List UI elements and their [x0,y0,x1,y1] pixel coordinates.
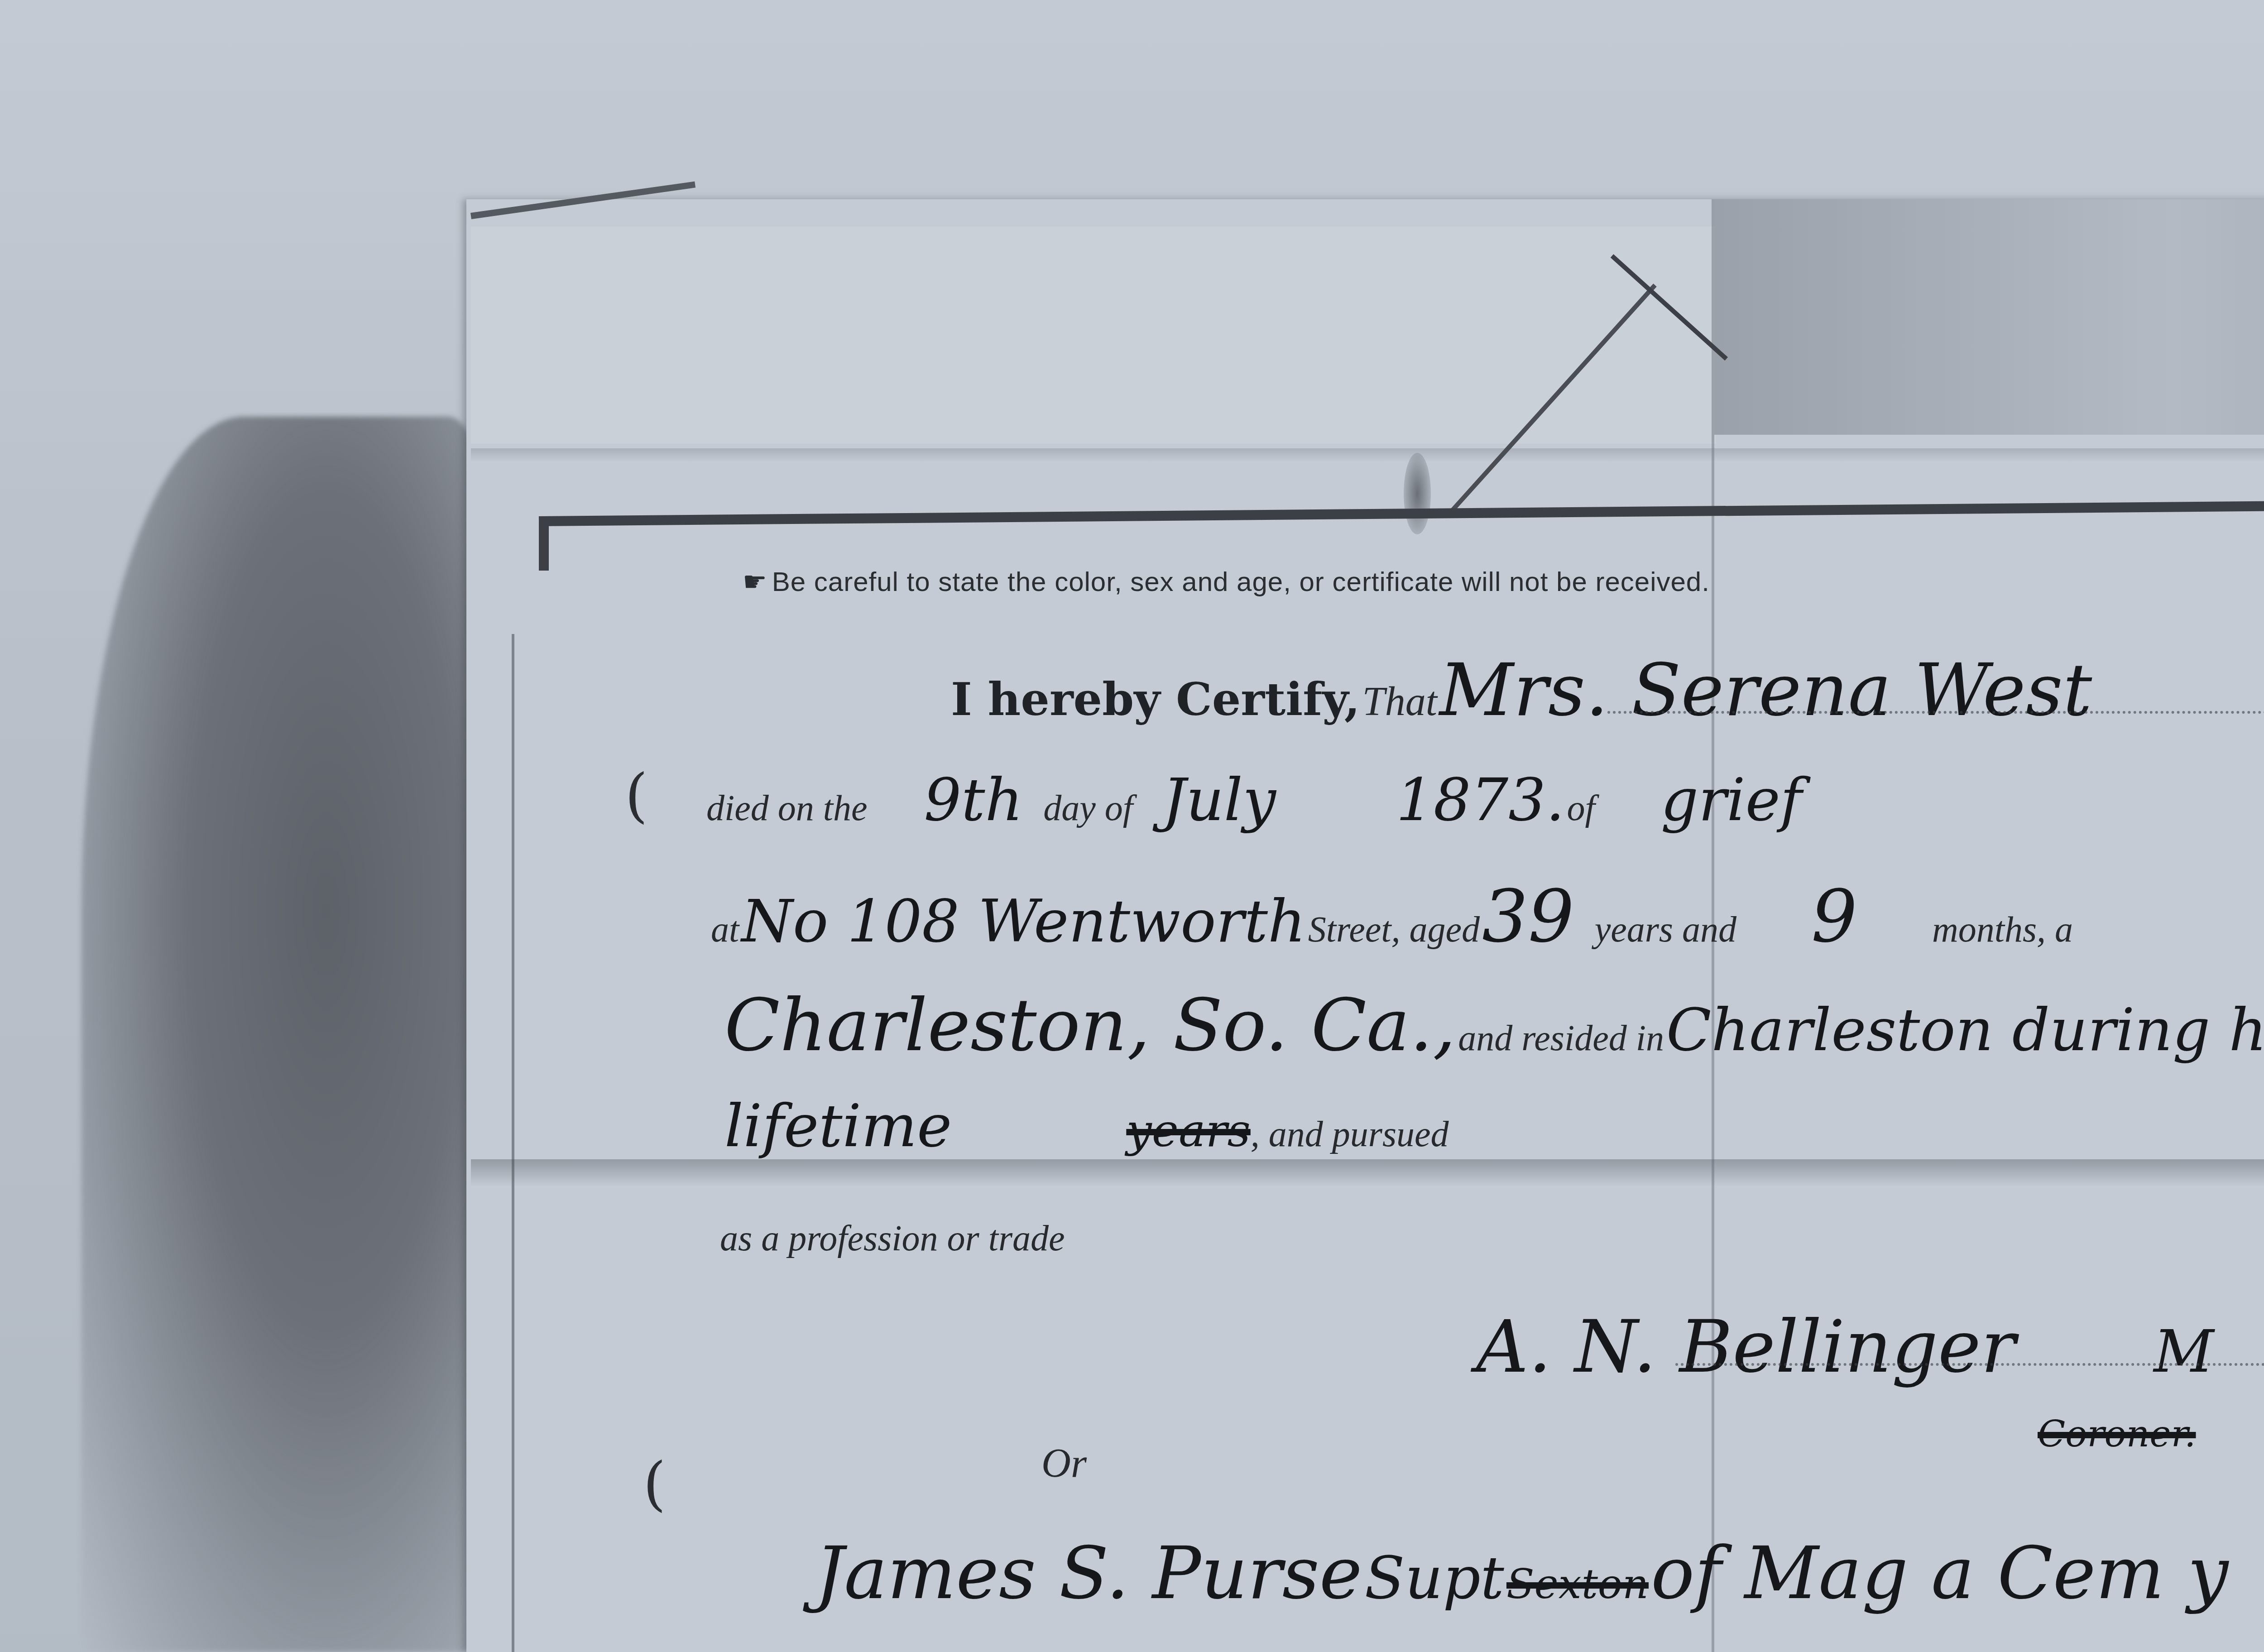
notice-line: ☛Be careful to state the color, sex and … [743,566,1710,598]
physician-signature-line: A. N. Bellinger M [1476,1304,2214,1389]
years-label: years and [1595,910,1736,950]
margin-bracket-2: ( [643,1449,666,1518]
age-years: 39 [1482,874,1574,959]
heading-printed: I hereby Certify, [951,672,1360,726]
margin-bracket-1: ( [625,761,648,830]
struck-word: years [1126,1104,1250,1157]
or-label: Or [1041,1441,1087,1486]
notice-text: Be careful to state the color, sex and a… [772,567,1710,597]
struck-title-line: Coroner. [2038,1413,2196,1455]
physician-signature: A. N. Bellinger [1476,1304,2015,1389]
street-label: Street, aged [1308,910,1480,950]
died-label: died on the [706,788,867,828]
sexton-signature-line: James S. Purse Supt Sexton of Mag a Cem … [815,1531,2228,1615]
of-label: of [1567,788,1595,828]
residence-line: Charleston, So. Ca., and resided in Char… [724,983,2264,1067]
physician-suffix: M [2154,1317,2214,1386]
paper-shaded-flap [1714,199,2264,435]
horizontal-fold-upper [471,448,2264,462]
at-label: at [711,910,739,950]
death-month: July [1162,765,1276,834]
birthplace-value: Charleston, So. Ca., [724,983,1456,1067]
form-border-left [512,634,514,1652]
death-day: 9th [924,765,1023,834]
death-date-line: died on the 9th day of July 1873. of gri… [706,765,1802,834]
sexton-title: Supt [1365,1543,1504,1612]
or-line: Or [1041,1440,1087,1487]
cause-of-death: grief [1661,765,1802,834]
name-dotted-line [1607,711,2264,714]
residence-value: Charleston during her [1666,995,2264,1064]
that-label: That [1362,679,1437,724]
form-border-corner [539,521,549,571]
profession-line: as a profession or trade [720,1218,1065,1259]
sexton-signature: James S. Purse [815,1531,1362,1615]
struck-sexton: Sexton [1506,1561,1649,1608]
deceased-name: Mrs. Serena West [1439,648,2092,732]
paper-top-fold [471,226,1716,444]
duration-value: lifetime [724,1091,952,1160]
resided-label: and resided in [1458,1018,1664,1058]
death-year: 1873. [1396,765,1564,834]
certify-line: I hereby Certify, That Mrs. Serena West [951,648,2092,732]
pointing-hand-icon: ☛ [743,567,767,597]
age-months: 9 [1811,874,1857,959]
horizontal-fold-lower [471,1159,2264,1186]
ink-smudge [1404,453,1431,534]
cemetery-value: of Mag a Cem y [1651,1531,2228,1615]
signature-dotted-line [1675,1363,2264,1366]
duration-line: lifetime years, and pursued [724,1091,1449,1160]
day-label: day of [1043,788,1133,828]
months-label: months, a [1932,910,2073,950]
address-value: No 108 Wentworth [741,887,1305,956]
address-line: at No 108 Wentworth Street, aged 39 year… [711,874,2073,959]
struck-title: Coroner. [2038,1413,2196,1455]
pursued-label: , and pursued [1251,1114,1449,1154]
paper-shadow [82,417,489,1652]
profession-label: as a profession or trade [720,1219,1065,1258]
